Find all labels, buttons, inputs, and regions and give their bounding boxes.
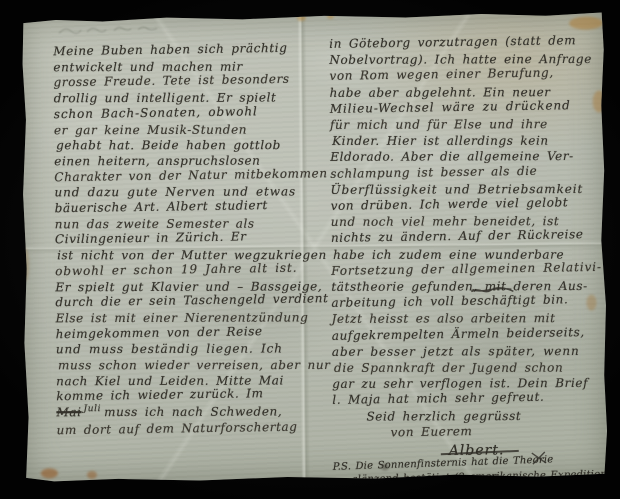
left-page-text: Meine Buben haben sich prächtigentwickel… <box>53 42 318 439</box>
handwriting-line: von drüben. Ich werde viel gelobt <box>331 194 603 214</box>
handwriting-text: muss ich nach Schweden, <box>104 405 282 420</box>
right-page-lines: in Göteborg vorzutragen (statt demNobelv… <box>329 33 604 408</box>
handwriting-line: Meine Buben haben sich prächtig <box>53 40 315 60</box>
handwriting-line: gehabt hat. Beide haben gottlob <box>56 138 318 154</box>
handwriting-line: l. Maja hat mich sehr gefreut. <box>332 388 604 408</box>
right-page-text: in Göteborg vorzutragen (statt demNobelv… <box>329 33 605 486</box>
ink-x-strike <box>531 450 547 469</box>
handwriting-line: komme ich wieder zurück. Im <box>56 386 318 406</box>
stain <box>41 468 58 478</box>
handwriting-line: für mich und für Else und ihre <box>330 116 602 133</box>
handwriting-line: muss schon wieder verreisen, aber nur <box>58 358 320 374</box>
photo-background: Meine Buben haben sich prächtigentwickel… <box>0 0 620 499</box>
stain <box>297 15 306 21</box>
handwriting-line: obwohl er schon 19 Jahre alt ist. <box>55 260 317 280</box>
handwriting-line: arbeitung ich voll beschäftigt bin. <box>331 291 603 311</box>
stain <box>569 16 603 29</box>
stain <box>87 471 97 479</box>
handwriting-line: schlampung ist besser als die <box>330 161 602 181</box>
faint-pencil-inscription <box>57 22 177 42</box>
handwriting-line: Kinder. Hier ist allerdings kein <box>332 133 604 149</box>
handwriting-line: Fortsetzung der allgemeinen Relativi- <box>331 259 603 279</box>
letter-sheet: Meine Buben haben sich prächtigentwickel… <box>21 12 608 482</box>
handwriting-line: Civilingenieur in Zürich. Er <box>55 229 317 249</box>
handwriting-line: heimgekommen von der Reise <box>56 323 318 343</box>
handwriting-line: er gar keine Musik-Stunden <box>54 122 316 139</box>
handwriting-line: durch die er sein Taschengeld verdient <box>55 292 317 312</box>
stain <box>327 14 334 19</box>
handwriting-line: nichts zu ändern. Auf der Rückreise <box>331 226 603 246</box>
handwriting-line: bäuerische Art. Albert studiert <box>55 197 317 217</box>
handwriting-line: grosse Freude. Tete ist besonders <box>53 72 315 92</box>
handwriting-line: Milieu-Wechsel wäre zu drückend <box>330 97 602 117</box>
handwriting-line: schon Bach-Sonaten, obwohl <box>54 103 316 123</box>
handwriting-line: Charakter von der Natur mitbekommen <box>54 166 316 186</box>
handwriting-line: in Göteborg vorzutragen (statt dem <box>329 32 601 52</box>
struck-word: Mai <box>56 405 81 419</box>
handwriting-line: um dort auf dem Naturforschertag <box>56 419 318 439</box>
inserted-word: Juli <box>84 404 102 414</box>
closing-from-line: von Euerem <box>390 421 604 440</box>
stain <box>21 247 29 281</box>
handwriting-line: und muss beständig liegen. Ich <box>56 342 318 359</box>
handwriting-line: aber besser jetzt als später, wenn <box>332 343 604 360</box>
handwriting-line: die Spannkraft der Jugend schon <box>334 360 606 376</box>
ink-strikethrough-scribble <box>470 281 514 300</box>
handwriting-line: aufgekrempelten Ärmeln beiderseits, <box>332 323 604 343</box>
left-page-lines: Meine Buben haben sich prächtigentwickel… <box>53 42 318 405</box>
handwriting-line: von Rom wegen einer Berufung, <box>329 64 601 84</box>
